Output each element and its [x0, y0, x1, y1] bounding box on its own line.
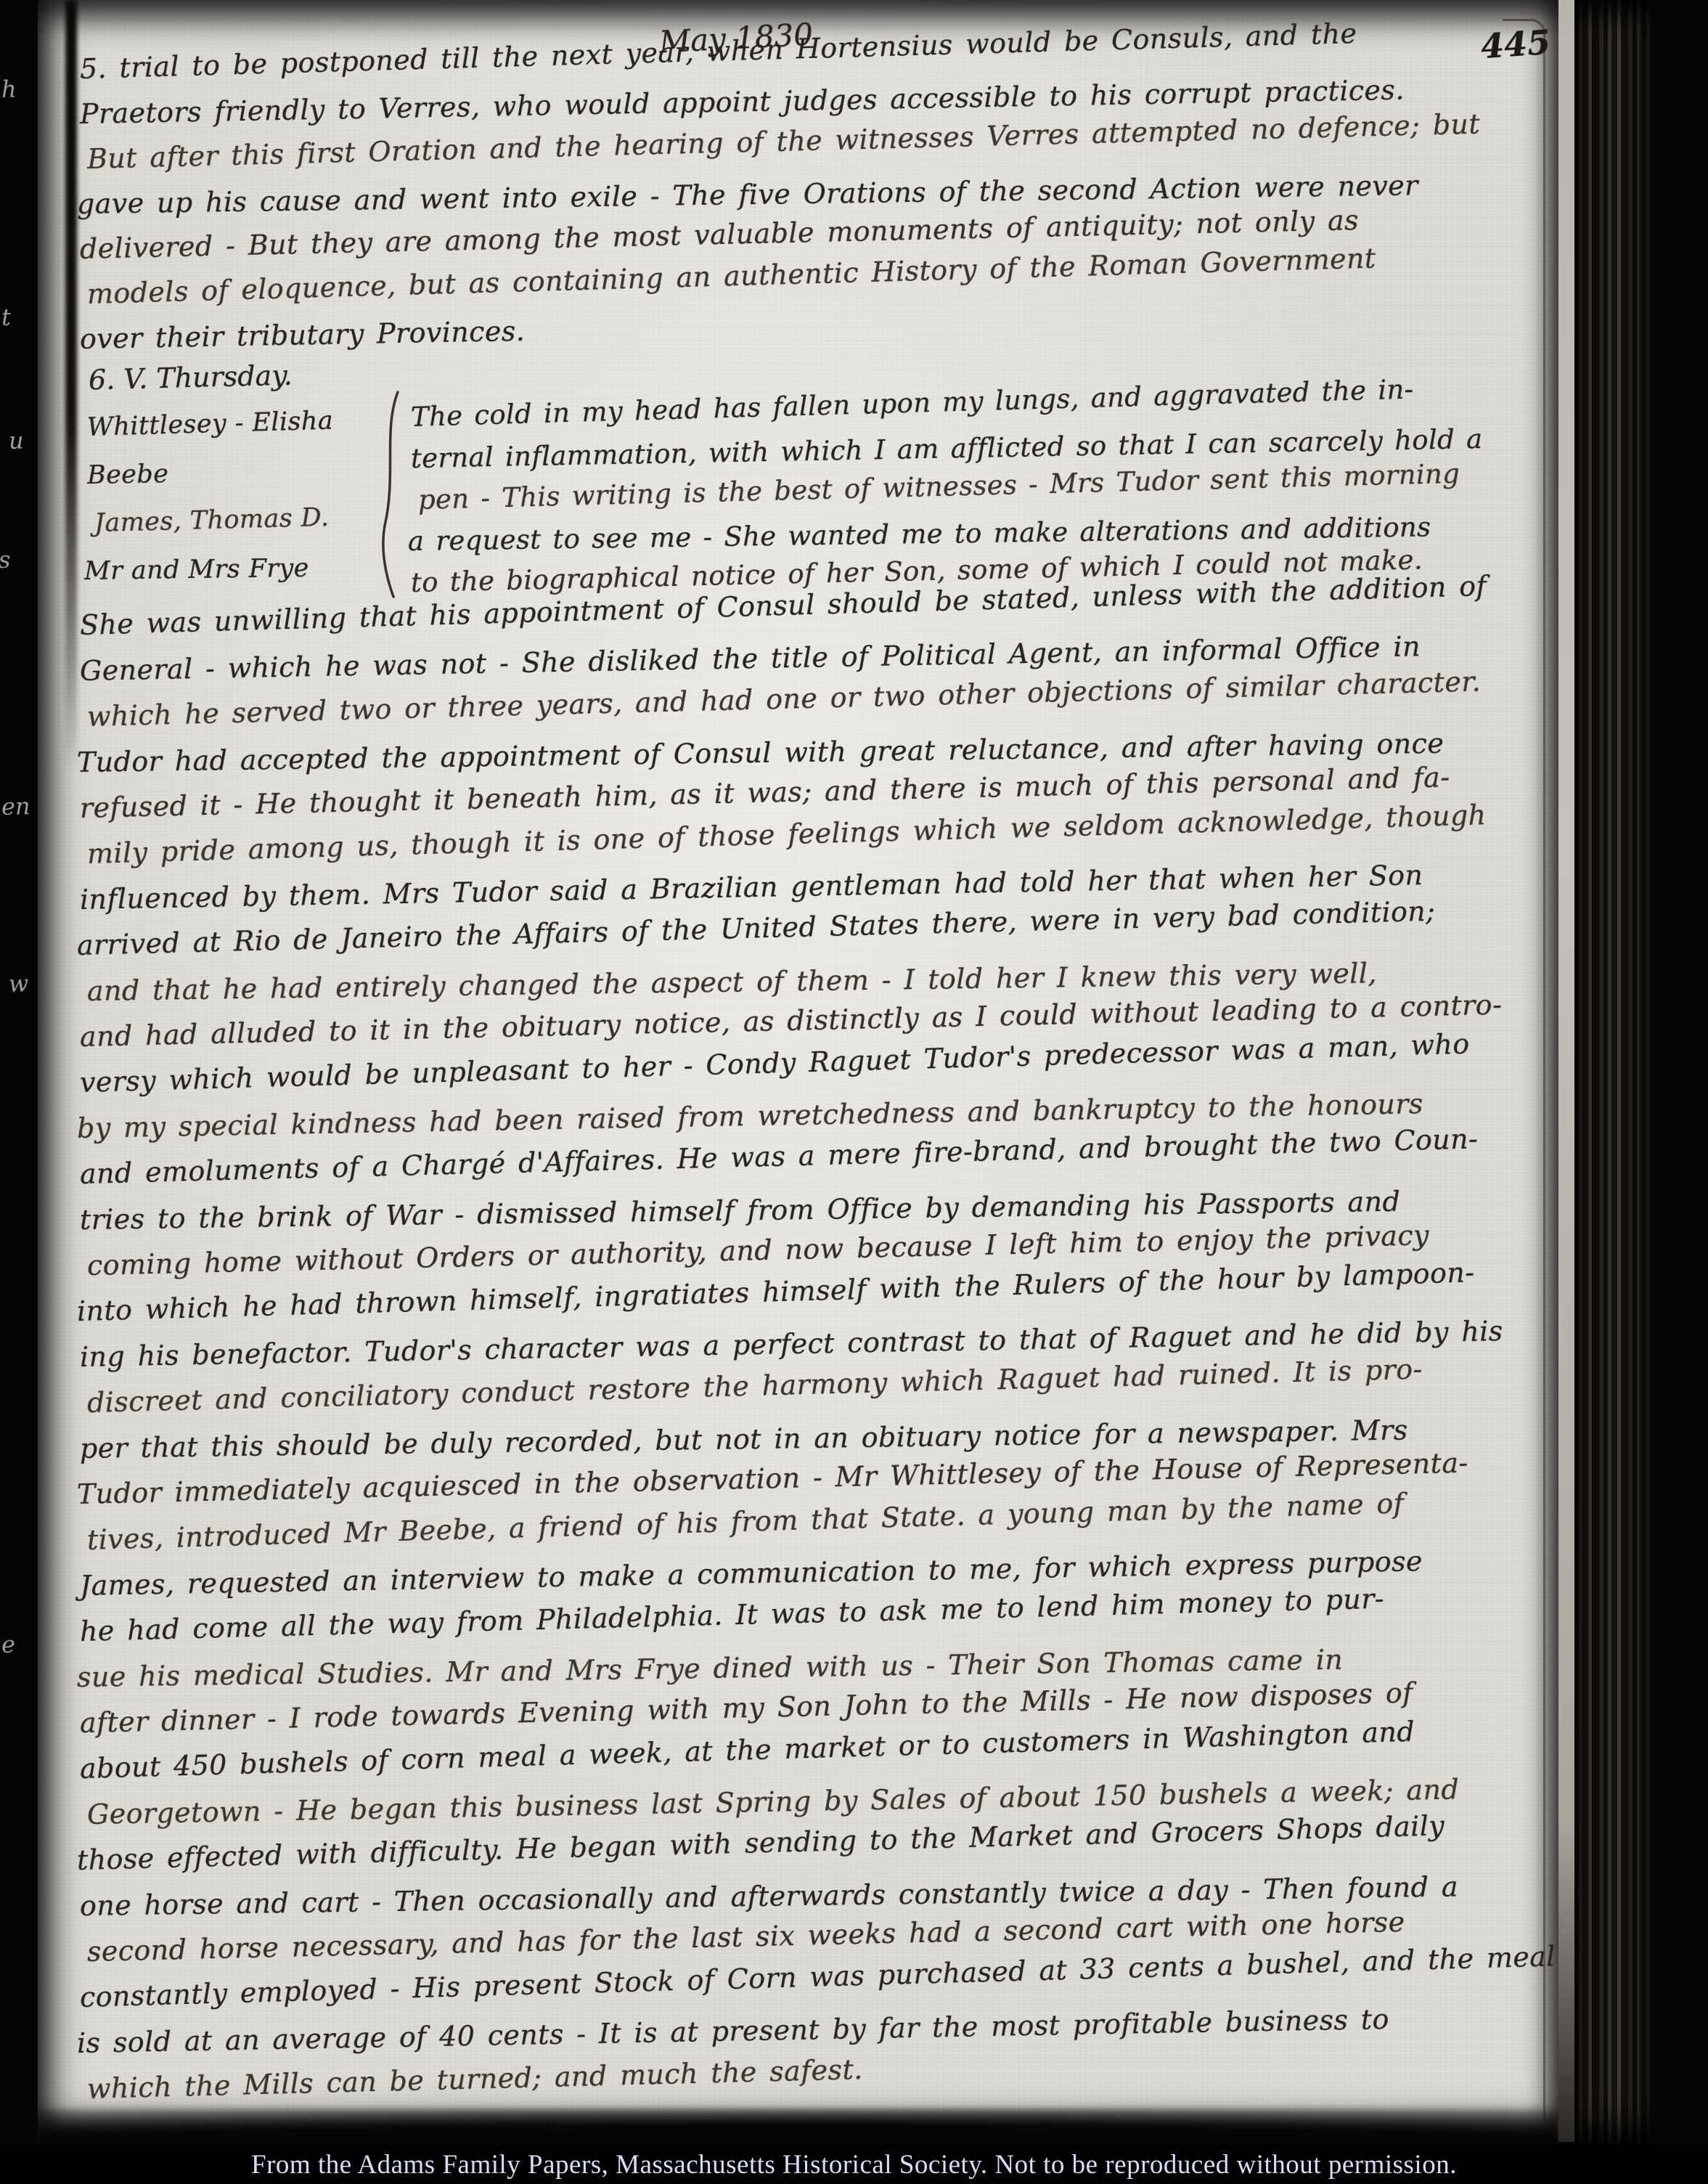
margin-name: Whittlesey - Elisha	[86, 395, 393, 452]
edge-fragment: w	[8, 969, 28, 998]
attribution-bar: From the Adams Family Papers, Massachuse…	[0, 2145, 1708, 2184]
edge-fragment: t	[1, 303, 12, 331]
bottom-scan-shadow	[38, 2108, 1558, 2146]
margin-name: Mr and Mrs Frye	[84, 543, 393, 595]
entry-6-margin-names: Whittlesey - ElishaBeebeJames, Thomas D.…	[87, 404, 392, 595]
margin-name: James, Thomas D.	[94, 492, 393, 547]
edge-fragment: h	[1, 75, 17, 103]
entry-6-heading: 6. V. Thursday.	[89, 359, 293, 396]
edge-fragment: u	[9, 426, 25, 455]
attribution-text: From the Adams Family Papers, Massachuse…	[251, 2149, 1457, 2180]
entry-5-continuation: 5. trial to be postponed till the next y…	[80, 46, 1558, 362]
left-page-edge-fragments: htusenwe	[1, 0, 35, 2146]
edge-fragment: e	[1, 1631, 16, 1658]
entry-6-body-lines: She was unwilling that his appointment o…	[80, 603, 1558, 2112]
edge-fragment: en	[1, 792, 30, 820]
binding-shadow	[65, 0, 77, 770]
edge-fragment: s	[0, 546, 11, 574]
book-page-stack-edge	[1574, 0, 1650, 2148]
manuscript-page: May 1830 445 5. trial to be postponed ti…	[38, 0, 1558, 2146]
page-fore-edge	[1558, 0, 1574, 2142]
margin-name: Beebe	[86, 446, 392, 500]
margin-brace-line	[376, 389, 408, 600]
